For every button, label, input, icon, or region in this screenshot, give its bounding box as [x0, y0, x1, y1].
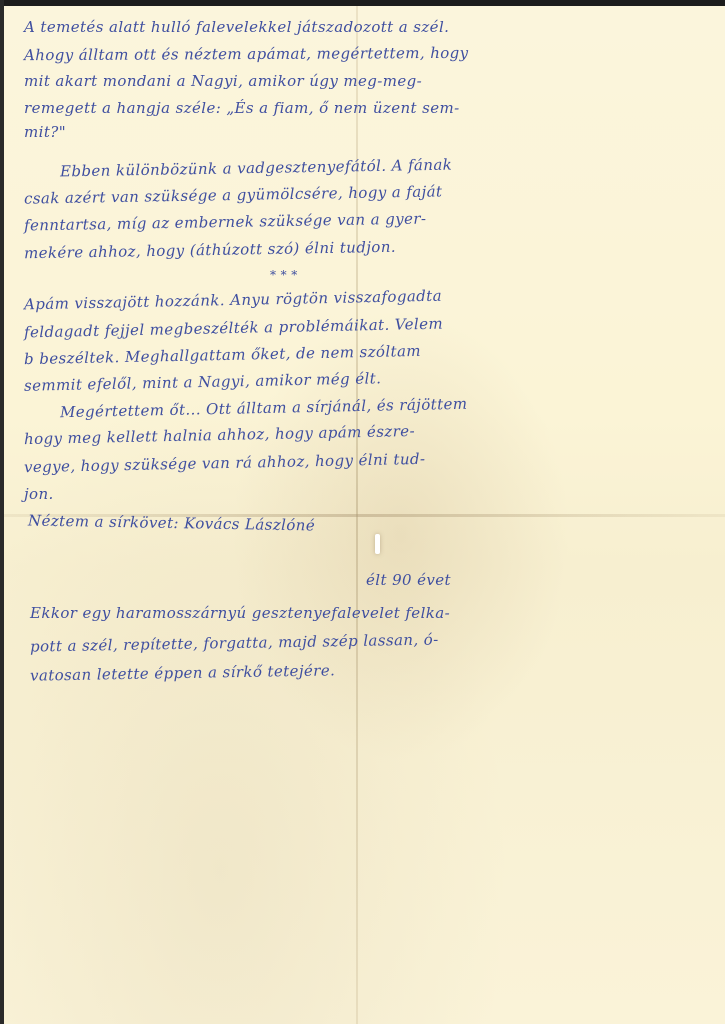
text-line: b beszéltek. Meghallgattam őket, de nem …: [24, 342, 421, 368]
section-separator: * * *: [270, 268, 298, 282]
text-line: Apám visszajött hozzánk. Anyu rögtön vis…: [24, 287, 442, 314]
text-line: semmit efelől, mint a Nagyi, amikor még …: [24, 369, 382, 394]
text-line: feldagadt fejjel megbeszélték a problémá…: [24, 315, 443, 342]
text-line: mit akart mondani a Nagyi, amikor úgy me…: [24, 72, 422, 90]
paper-sheet: A temetés alatt hulló falevelekkel játsz…: [4, 6, 725, 1024]
text-line: Ahogy álltam ott és néztem apámat, megér…: [24, 44, 469, 64]
text-line: remegett a hangja széle: „És a fiam, ő n…: [24, 99, 460, 117]
gravestone-line: Néztem a sírkövet: Kovács Lászlóné: [28, 511, 315, 534]
text-line: vatosan letette éppen a sírkő tetejére.: [30, 661, 336, 684]
paper-tear: [375, 534, 380, 554]
text-line: Ebben különbözünk a vadgesztenyefától. A…: [60, 156, 452, 181]
text-line: pott a szél, repítette, forgatta, majd s…: [30, 630, 439, 655]
text-line: fenntartsa, míg az embernek szüksége van…: [24, 209, 427, 234]
gravestone-age: élt 90 évet: [366, 571, 451, 589]
text-line: Megértettem őt... Ott álltam a sírjánál,…: [60, 395, 468, 422]
text-line: jon.: [24, 485, 54, 503]
text-line: vegye, hogy szüksége van rá ahhoz, hogy …: [24, 450, 426, 476]
text-line: Ekkor egy haramosszárnyú gesztenyefaleve…: [30, 604, 450, 622]
text-line: A temetés alatt hulló falevelekkel játsz…: [24, 18, 449, 36]
text-line: csak azért van szüksége a gyümölcsére, h…: [24, 182, 443, 207]
text-line: mekére ahhoz, hogy (áthúzott szó) élni t…: [24, 238, 396, 262]
text-line: mit?": [24, 123, 66, 141]
